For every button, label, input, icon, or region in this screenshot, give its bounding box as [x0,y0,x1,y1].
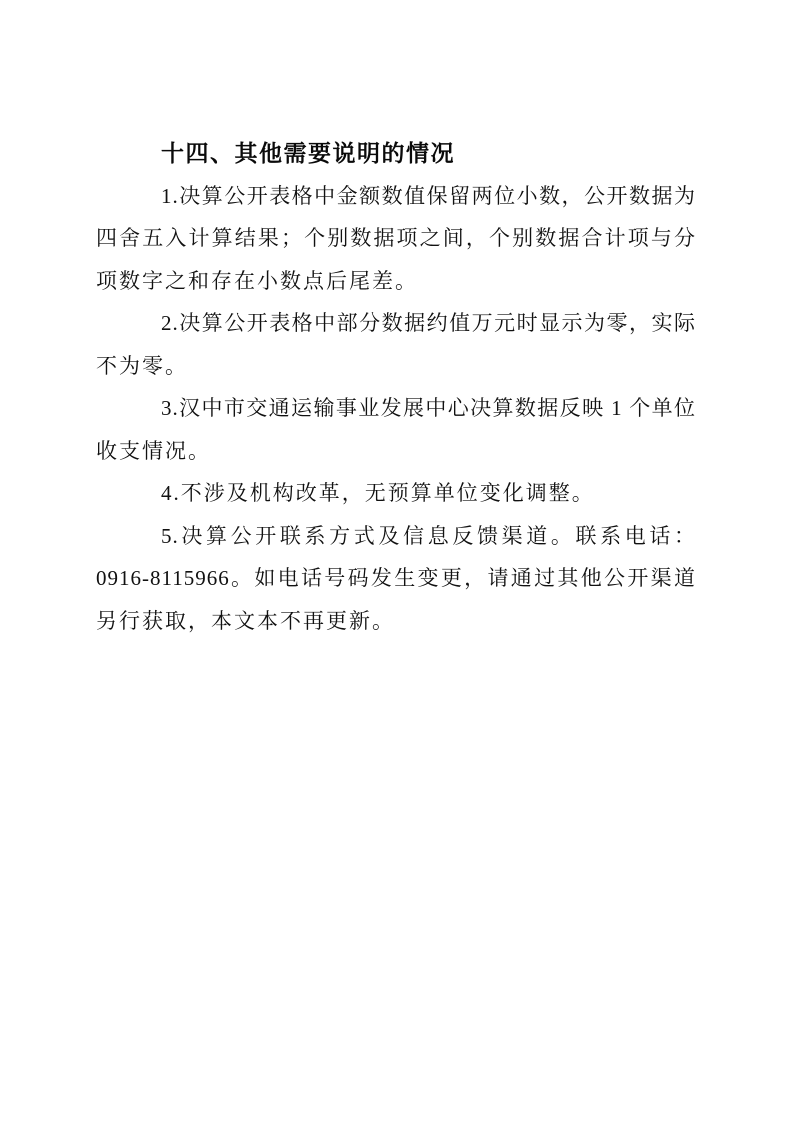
paragraph-5-line-3: 另行获取，本文本不再更新。 [96,600,696,643]
paragraph-1-line-1: 1.决算公开表格中金额数值保留两位小数，公开数据为 [96,175,696,218]
paragraph-4-line-1: 4.不涉及机构改革，无预算单位变化调整。 [96,472,696,515]
paragraph-3-line-2: 收支情况。 [96,430,696,473]
paragraph-2-line-2: 不为零。 [96,345,696,388]
paragraph-5-line-2: 0916-8115966。如电话号码发生变更，请通过其他公开渠道 [96,557,696,600]
section-heading: 十四、其他需要说明的情况 [96,132,696,175]
paragraph-2-line-1: 2.决算公开表格中部分数据约值万元时显示为零，实际 [96,302,696,345]
paragraph-1-line-3: 项数字之和存在小数点后尾差。 [96,260,696,303]
paragraph-1-line-2: 四舍五入计算结果；个别数据项之间，个别数据合计项与分 [96,217,696,260]
document-page: 十四、其他需要说明的情况 1.决算公开表格中金额数值保留两位小数，公开数据为 四… [0,0,793,1122]
paragraph-5-line-1: 5.决算公开联系方式及信息反馈渠道。联系电话： [96,515,696,558]
section-other-notes: 十四、其他需要说明的情况 1.决算公开表格中金额数值保留两位小数，公开数据为 四… [96,132,696,642]
paragraph-3-line-1: 3.汉中市交通运输事业发展中心决算数据反映 1 个单位 [96,387,696,430]
